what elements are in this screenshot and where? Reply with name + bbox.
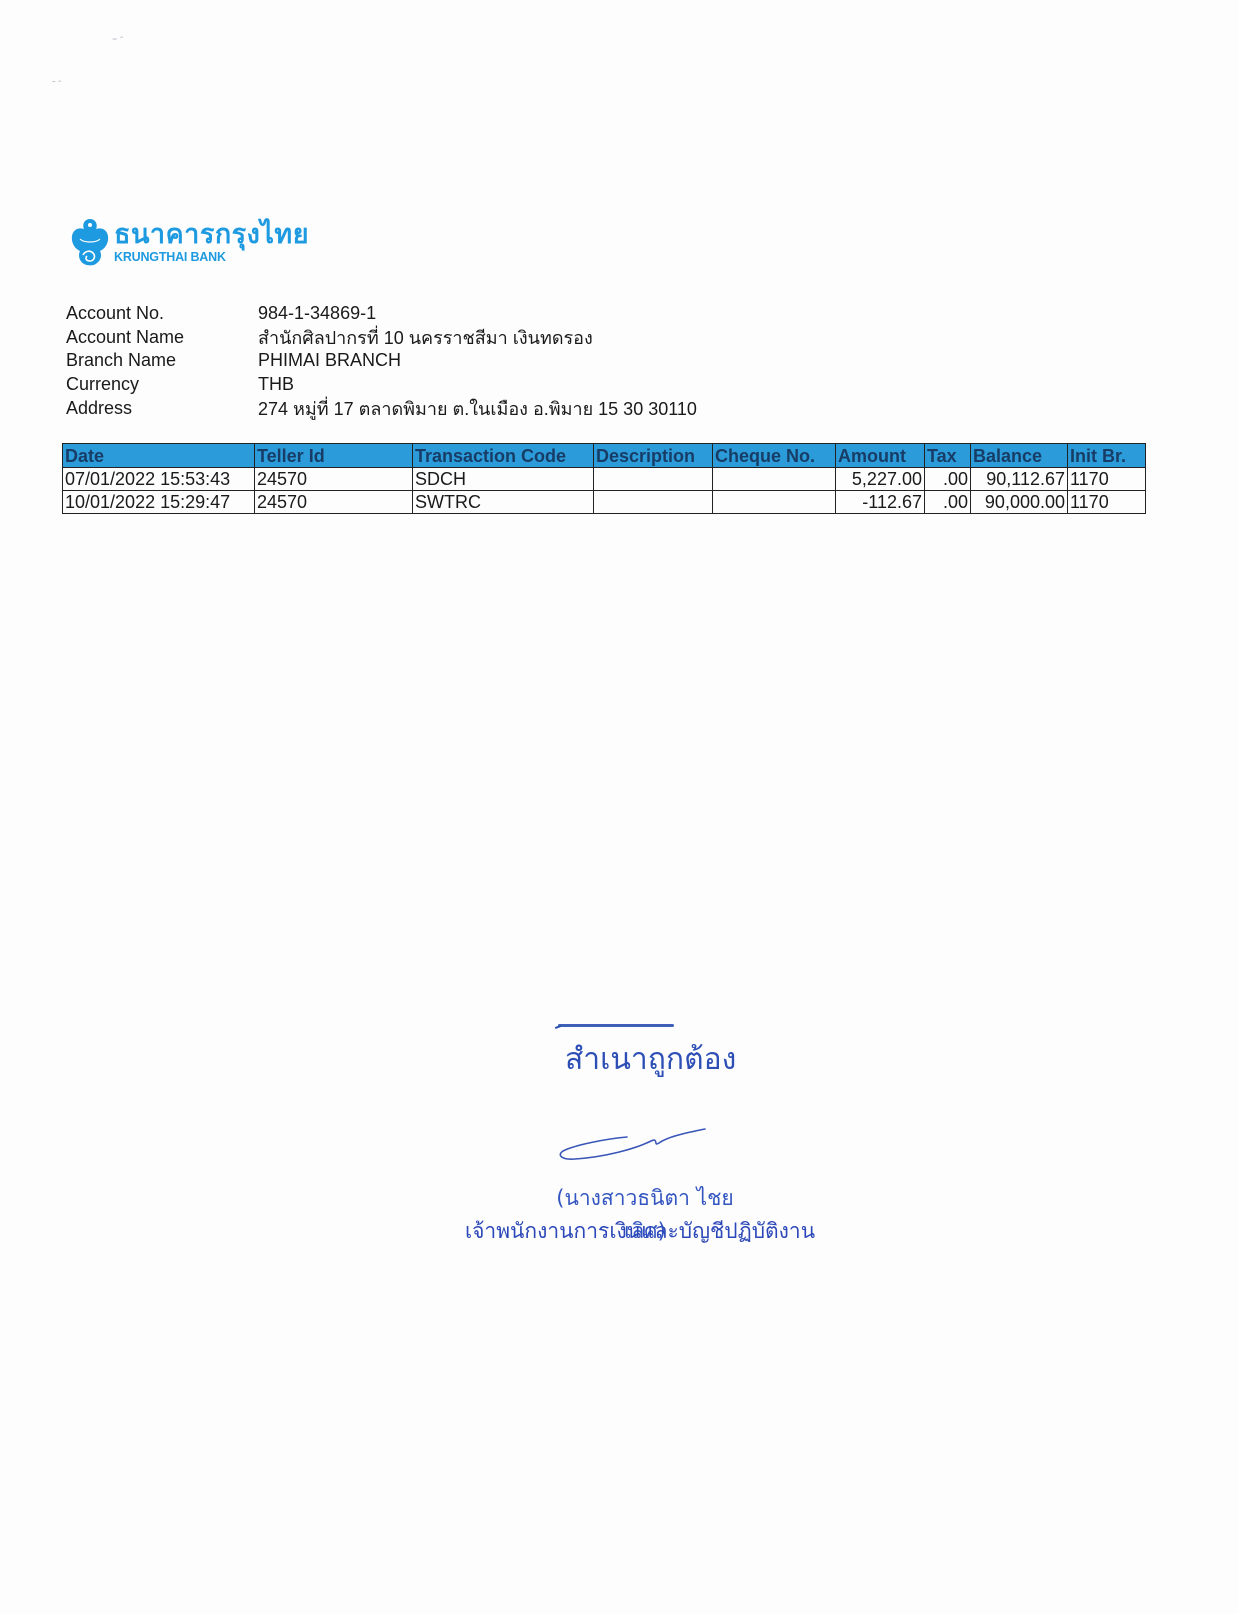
column-header-init-br: Init Br. [1068, 444, 1146, 468]
column-header-amount: Amount [836, 444, 925, 468]
cell-init-br: 1170 [1068, 491, 1146, 514]
info-label: Account Name [66, 327, 258, 348]
cell-tax: .00 [925, 491, 971, 514]
cell-amount: 5,227.00 [836, 468, 925, 491]
table-row: 10/01/2022 15:29:47 24570 SWTRC -112.67 … [63, 491, 1146, 514]
certified-copy-stamp: สำเนาถูกต้อง [565, 1036, 736, 1083]
cell-amount: -112.67 [836, 491, 925, 514]
cell-description [594, 491, 713, 514]
column-header-transaction-code: Transaction Code [413, 444, 594, 468]
cell-description [594, 468, 713, 491]
bank-name-english: KRUNGTHAI BANK [114, 251, 309, 264]
cell-balance: 90,112.67 [971, 468, 1068, 491]
column-header-tax: Tax [925, 444, 971, 468]
cell-cheque-no [713, 468, 836, 491]
krungthai-bird-logo-icon [70, 217, 110, 267]
address: 274 หมู่ที่ 17 ตลาดพิมาย ต.ในเมือง อ.พิม… [258, 394, 697, 423]
account-name: สำนักศิลปากรที่ 10 นครราชสีมา เงินทดรอง [258, 323, 593, 352]
currency: THB [258, 374, 294, 395]
cell-init-br: 1170 [1068, 468, 1146, 491]
cell-transaction-code: SDCH [413, 468, 594, 491]
info-label: Account No. [66, 303, 258, 324]
column-header-balance: Balance [971, 444, 1068, 468]
info-row-branch-name: Branch Name PHIMAI BRANCH [66, 349, 697, 373]
branch-name: PHIMAI BRANCH [258, 350, 401, 371]
cell-date: 10/01/2022 15:29:47 [63, 491, 255, 514]
column-header-date: Date [63, 444, 255, 468]
table-header-row: Date Teller Id Transaction Code Descript… [63, 444, 1146, 468]
stamp-line [558, 1024, 674, 1027]
cell-tax: .00 [925, 468, 971, 491]
scan-speck: ˜ ˆ [52, 80, 61, 91]
statement-table: Date Teller Id Transaction Code Descript… [62, 443, 1146, 514]
account-info: Account No. 984-1-34869-1 Account Name ส… [66, 302, 697, 420]
column-header-teller-id: Teller Id [255, 444, 413, 468]
info-label: Address [66, 398, 258, 419]
table-row: 07/01/2022 15:53:43 24570 SDCH 5,227.00 … [63, 468, 1146, 491]
cell-date: 07/01/2022 15:53:43 [63, 468, 255, 491]
info-row-address: Address 274 หมู่ที่ 17 ตลาดพิมาย ต.ในเมื… [66, 396, 697, 420]
cell-balance: 90,000.00 [971, 491, 1068, 514]
bank-name-thai: ธนาคารกรุงไทย [114, 221, 309, 248]
cell-transaction-code: SWTRC [413, 491, 594, 514]
info-label: Branch Name [66, 350, 258, 371]
signer-title: เจ้าพนักงานการเงินและบัญชีปฏิบัติงาน [460, 1215, 820, 1248]
bank-logo: ธนาคารกรุงไทย KRUNGTHAI BANK [70, 217, 309, 267]
info-row-account-name: Account Name สำนักศิลปากรที่ 10 นครราชสี… [66, 326, 697, 350]
column-header-description: Description [594, 444, 713, 468]
handwritten-signature [555, 1125, 715, 1170]
account-number: 984-1-34869-1 [258, 303, 376, 324]
scan-speck: ⁼ ˆ [112, 36, 123, 47]
cell-cheque-no [713, 491, 836, 514]
cell-teller-id: 24570 [255, 468, 413, 491]
info-label: Currency [66, 374, 258, 395]
cell-teller-id: 24570 [255, 491, 413, 514]
column-header-cheque-no: Cheque No. [713, 444, 836, 468]
